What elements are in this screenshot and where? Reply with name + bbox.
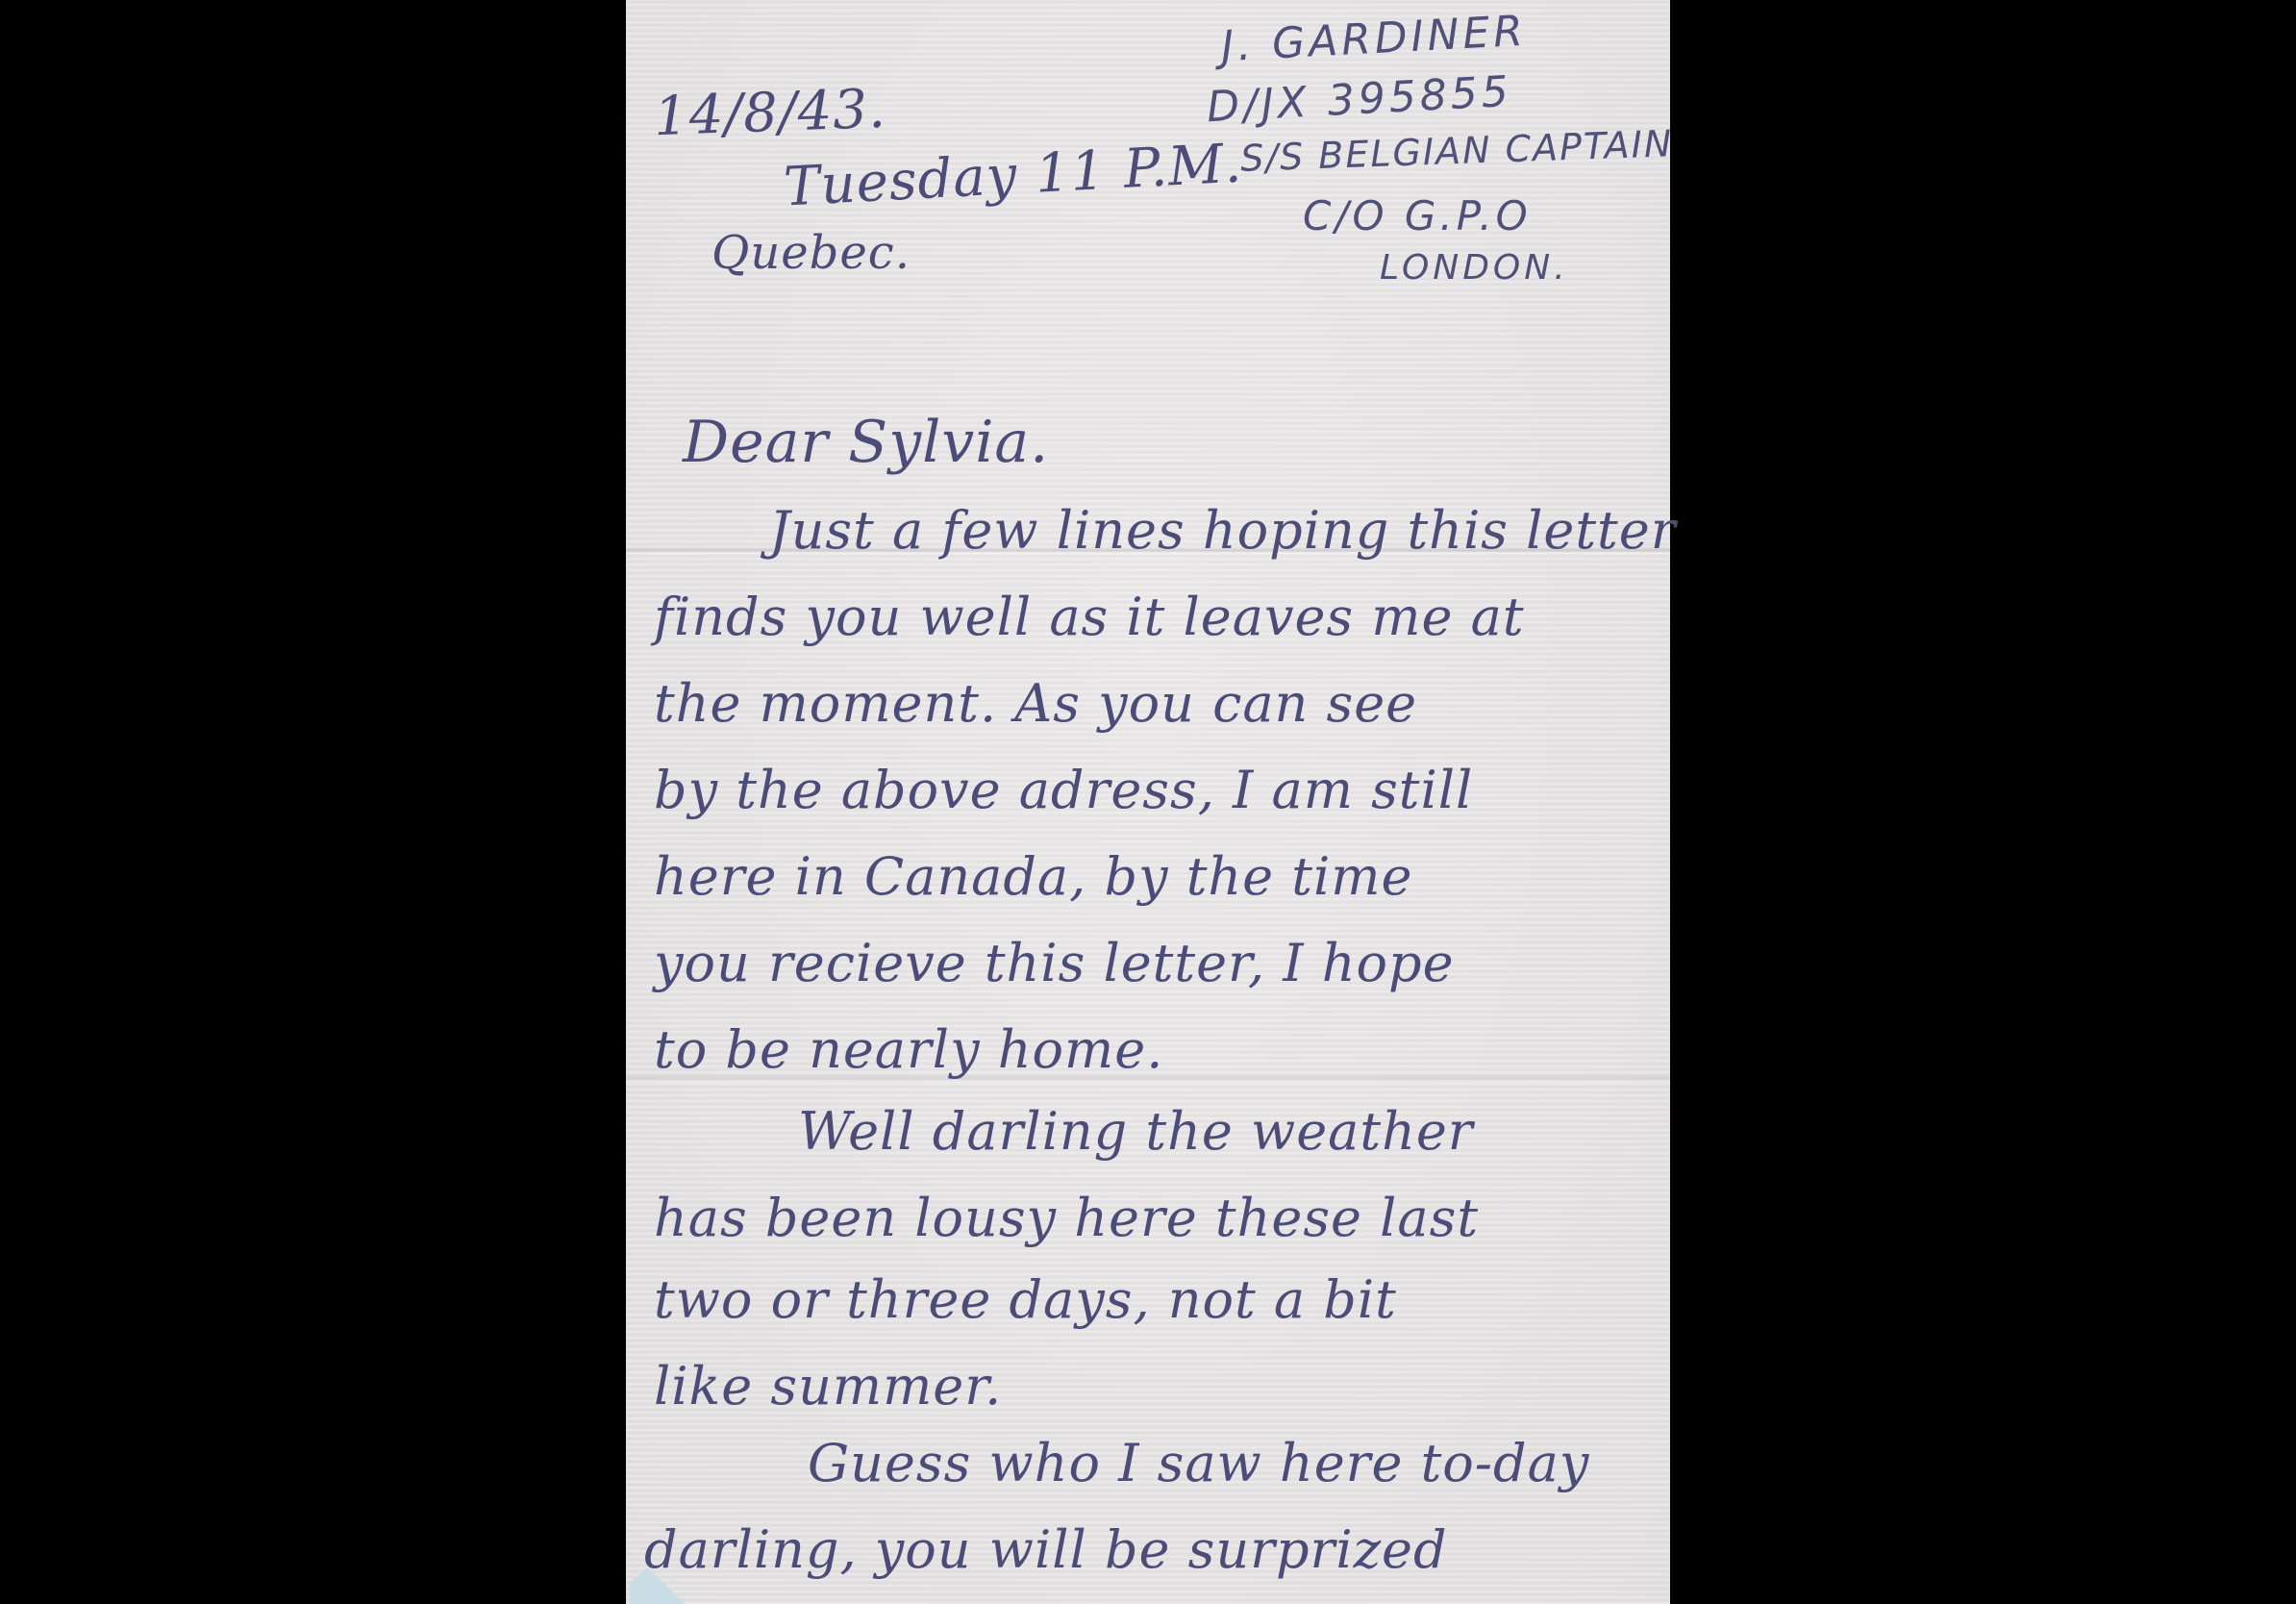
body-line: by the above adress, I am still <box>654 760 1473 820</box>
body-line: two or three days, not a bit <box>654 1269 1397 1330</box>
body-line: darling, you will be surprized <box>644 1519 1448 1580</box>
sender-care-of: C/O G.P.O <box>1303 192 1532 239</box>
body-line: has been lousy here these last <box>654 1188 1479 1248</box>
sender-city: LONDON. <box>1380 248 1569 288</box>
salutation: Dear Sylvia. <box>683 409 1049 476</box>
letter-place: Quebec. <box>711 226 911 280</box>
body-line: like summer. <box>654 1356 1002 1416</box>
body-line: Just a few lines hoping this letter <box>769 500 1677 561</box>
body-line: Guess who I saw here to-day <box>808 1433 1589 1493</box>
body-line: you recieve this letter, I hope <box>654 933 1455 993</box>
body-line: finds you well as it leaves me at <box>654 587 1525 647</box>
body-line: Well darling the weather <box>798 1101 1474 1162</box>
letter-date: 14/8/43. <box>653 78 887 148</box>
body-line: the moment. As you can see <box>654 673 1417 734</box>
body-line: here in Canada, by the time <box>654 846 1412 907</box>
body-line: to be nearly home. <box>654 1019 1163 1080</box>
